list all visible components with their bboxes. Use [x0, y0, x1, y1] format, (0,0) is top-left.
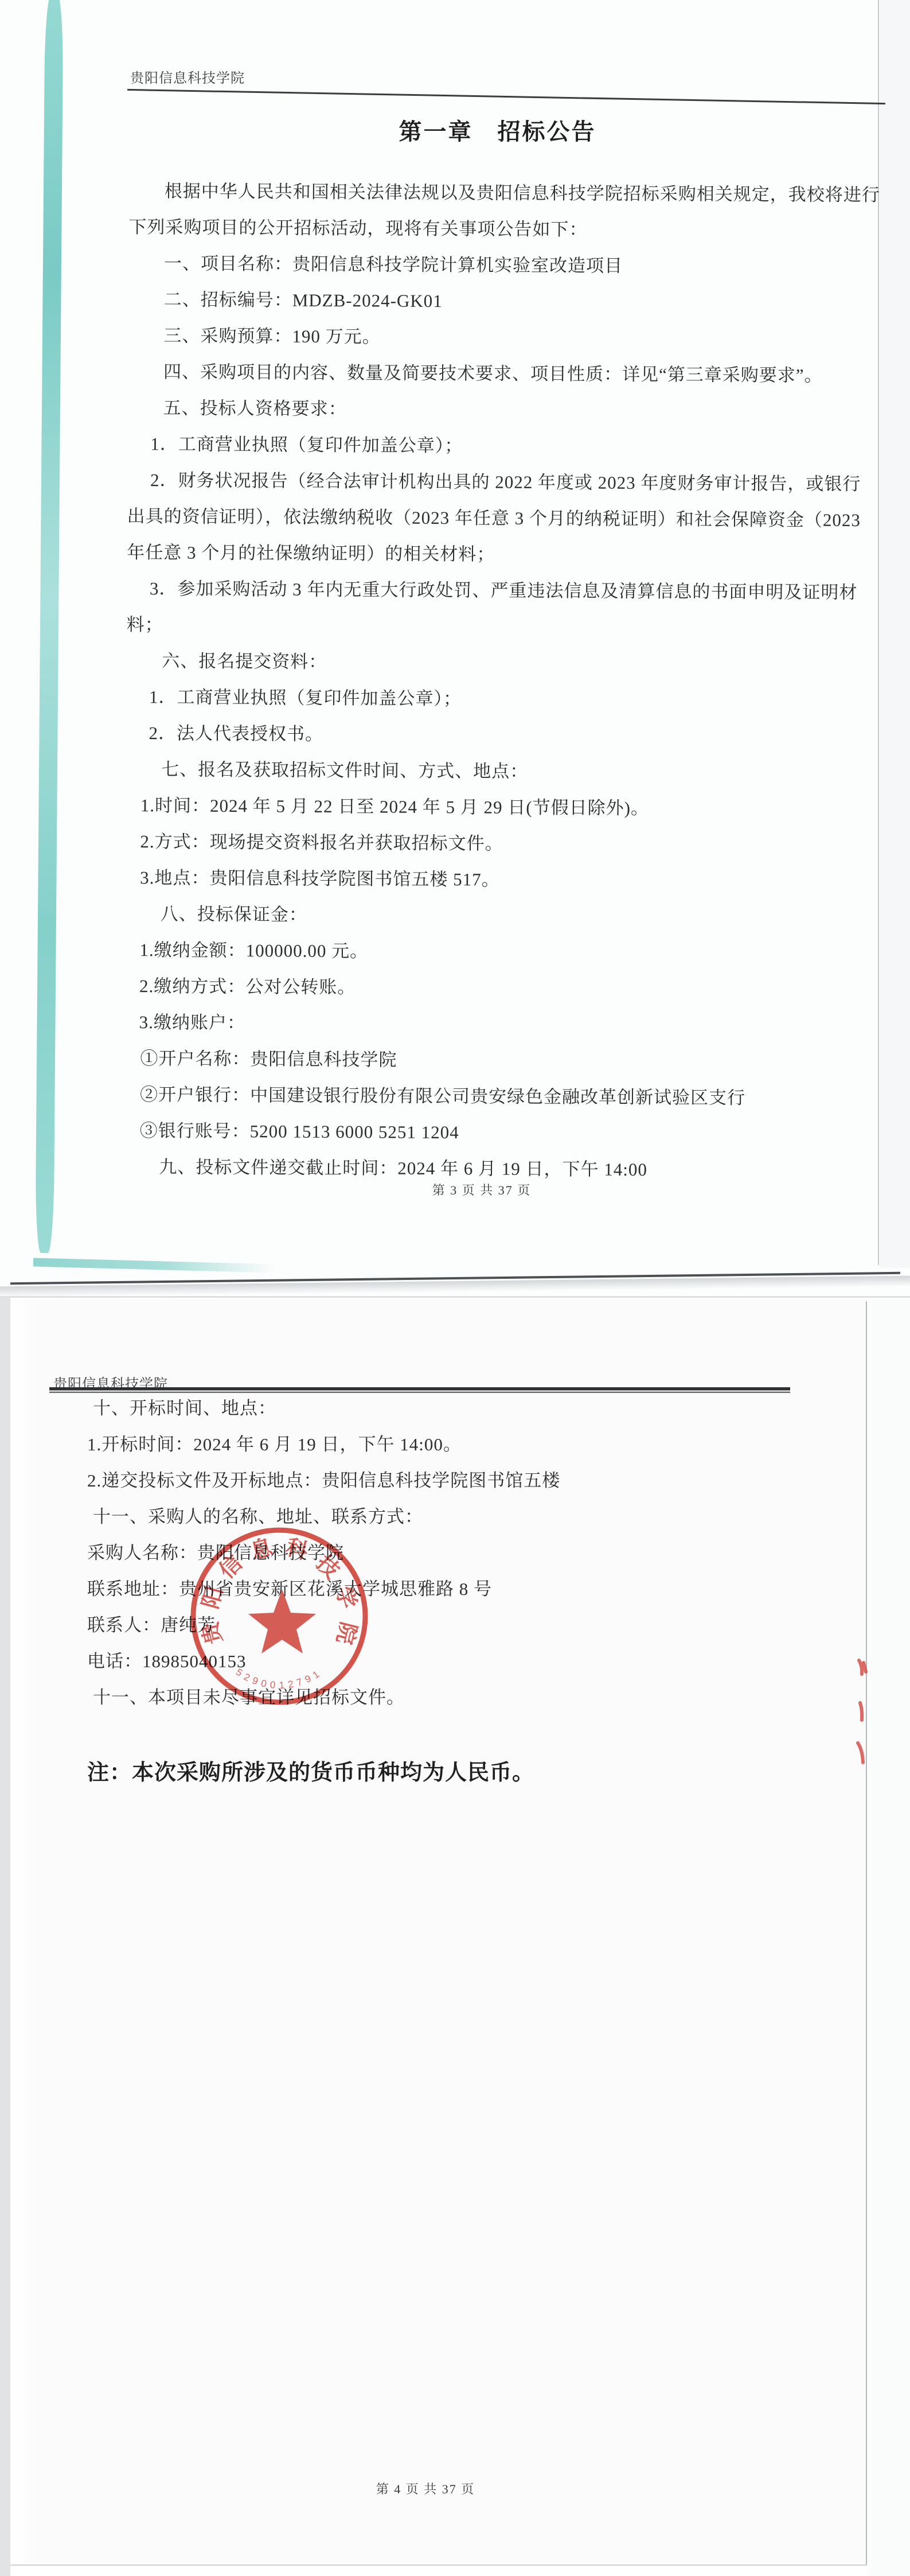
- page1-chapter-title: 第一章 招标公告: [129, 114, 866, 146]
- seal-serial-number: 5290012791: [234, 1667, 325, 1691]
- page1-body-text: 根据中华人民共和国相关法律法规以及贵阳信息科技学院招标采购相关规定，我校将进行下…: [123, 173, 869, 1189]
- document-text-line: 十、开标时间、地点：: [87, 1390, 833, 1426]
- document-text-line: 五、投标人资格要求：: [128, 390, 868, 430]
- page1-footer-page-number: 第 3 页 共 37 页: [129, 1181, 834, 1198]
- red-ink-edge-marks: [852, 1657, 870, 1772]
- document-text-line: 2．财务状况报告（经合法审计机构出具的 2022 年度或 2023 年度财务审计…: [127, 462, 867, 502]
- official-red-seal: 贵阳信息科技学院 5290012791: [182, 1519, 377, 1714]
- page2-bottom-edge-line: [10, 2565, 867, 2566]
- document-text-line: 三、采购预算：190 万元。: [128, 317, 868, 357]
- page2-scan-top-shadow: [0, 1296, 910, 1298]
- page1-right-margin: [880, 0, 910, 1268]
- document-text-line: 1．工商营业执照（复印件加盖公章）；: [126, 679, 866, 719]
- document-text-line: 年任意 3 个月的社保缴纳证明）的相关材料；: [127, 534, 866, 574]
- document-text-line: 1.开标时间：2024 年 6 月 19 日，下午 14:00。: [87, 1426, 833, 1462]
- document-text-line: 八、投标保证金：: [125, 896, 865, 936]
- document-text-line: 2．法人代表授权书。: [126, 715, 865, 755]
- document-text-line: 3．参加采购活动 3 年内无重大行政处罚、严重违法信息及清算信息的书面申明及证明…: [127, 570, 866, 610]
- document-text-line: ①开户名称：贵阳信息科技学院: [124, 1040, 864, 1080]
- page2-left-highlight: [10, 1299, 40, 2566]
- document-text-line: 料；: [126, 606, 866, 647]
- seal-star-icon: [248, 1589, 316, 1653]
- document-text-line: 1.时间：2024 年 5 月 22 日至 2024 年 5 月 29 日(节假…: [126, 787, 865, 827]
- document-text-line: 3.缴纳账户：: [124, 1004, 864, 1044]
- page2-footer-page-number: 第 4 页 共 37 页: [87, 2480, 764, 2497]
- page2-currency-note: 注：本次采购所涉及的货币币种均为人民币。: [87, 1754, 534, 1786]
- page2-right-edge-line: [866, 1301, 867, 2565]
- document-text-line: 四、采购项目的内容、数量及简要技术要求、项目性质：详见“第三章采购要求”。: [128, 353, 868, 394]
- document-text-line: 2.缴纳方式：公对公转账。: [124, 968, 864, 1008]
- document-text-line: 根据中华人民共和国相关法律法规以及贵阳信息科技学院招标采购相关规定，我校将进行: [129, 173, 869, 213]
- page1-header-underline: [127, 89, 885, 104]
- document-text-line: 二、招标编号：MDZB-2024-GK01: [128, 281, 868, 321]
- document-text-line: ③银行账号：5200 1513 6000 5251 1204: [123, 1112, 863, 1153]
- page2-scan-right-backdrop: [868, 1298, 910, 2576]
- page1-bottom-fold-artifact: [33, 1258, 274, 1273]
- document-text-line: 出具的资信证明），依法缴纳税收（2023 年任意 3 个月的纳税证明）和社会保障…: [127, 498, 866, 538]
- document-text-line: 2.方式：现场提交资料报名并获取招标文件。: [125, 823, 865, 863]
- document-text-line: 下列采购项目的公开招标活动，现将有关事项公告如下：: [128, 209, 868, 249]
- page2-scan-left-backdrop: [0, 1298, 10, 2576]
- document-text-line: 2.递交投标文件及开标地点：贵阳信息科技学院图书馆五楼: [87, 1462, 833, 1499]
- scan-edge-tape-artifact: [35, 0, 63, 1253]
- document-text-line: ②开户银行：中国建设银行股份有限公司贵安绿色金融改革创新试验区支行: [124, 1076, 864, 1116]
- page1-header-school-name: 贵阳信息科技学院: [130, 67, 245, 87]
- svg-text:5290012791: 5290012791: [234, 1667, 325, 1691]
- document-text-line: 3.地点：贵阳信息科技学院图书馆五楼 517。: [125, 859, 865, 900]
- document-text-line: 一、项目名称：贵阳信息科技学院计算机实验室改造项目: [128, 245, 868, 285]
- document-text-line: 七、报名及获取招标文件时间、方式、地点：: [126, 751, 865, 791]
- document-text-line: 1.缴纳金额：100000.00 元。: [124, 932, 864, 972]
- document-text-line: 1．工商营业执照（复印件加盖公章）；: [127, 426, 867, 466]
- document-text-line: 六、报名提交资料：: [126, 643, 866, 683]
- scanned-page-1: 贵阳信息科技学院 第一章 招标公告 根据中华人民共和国相关法律法规以及贵阳信息科…: [0, 0, 910, 1295]
